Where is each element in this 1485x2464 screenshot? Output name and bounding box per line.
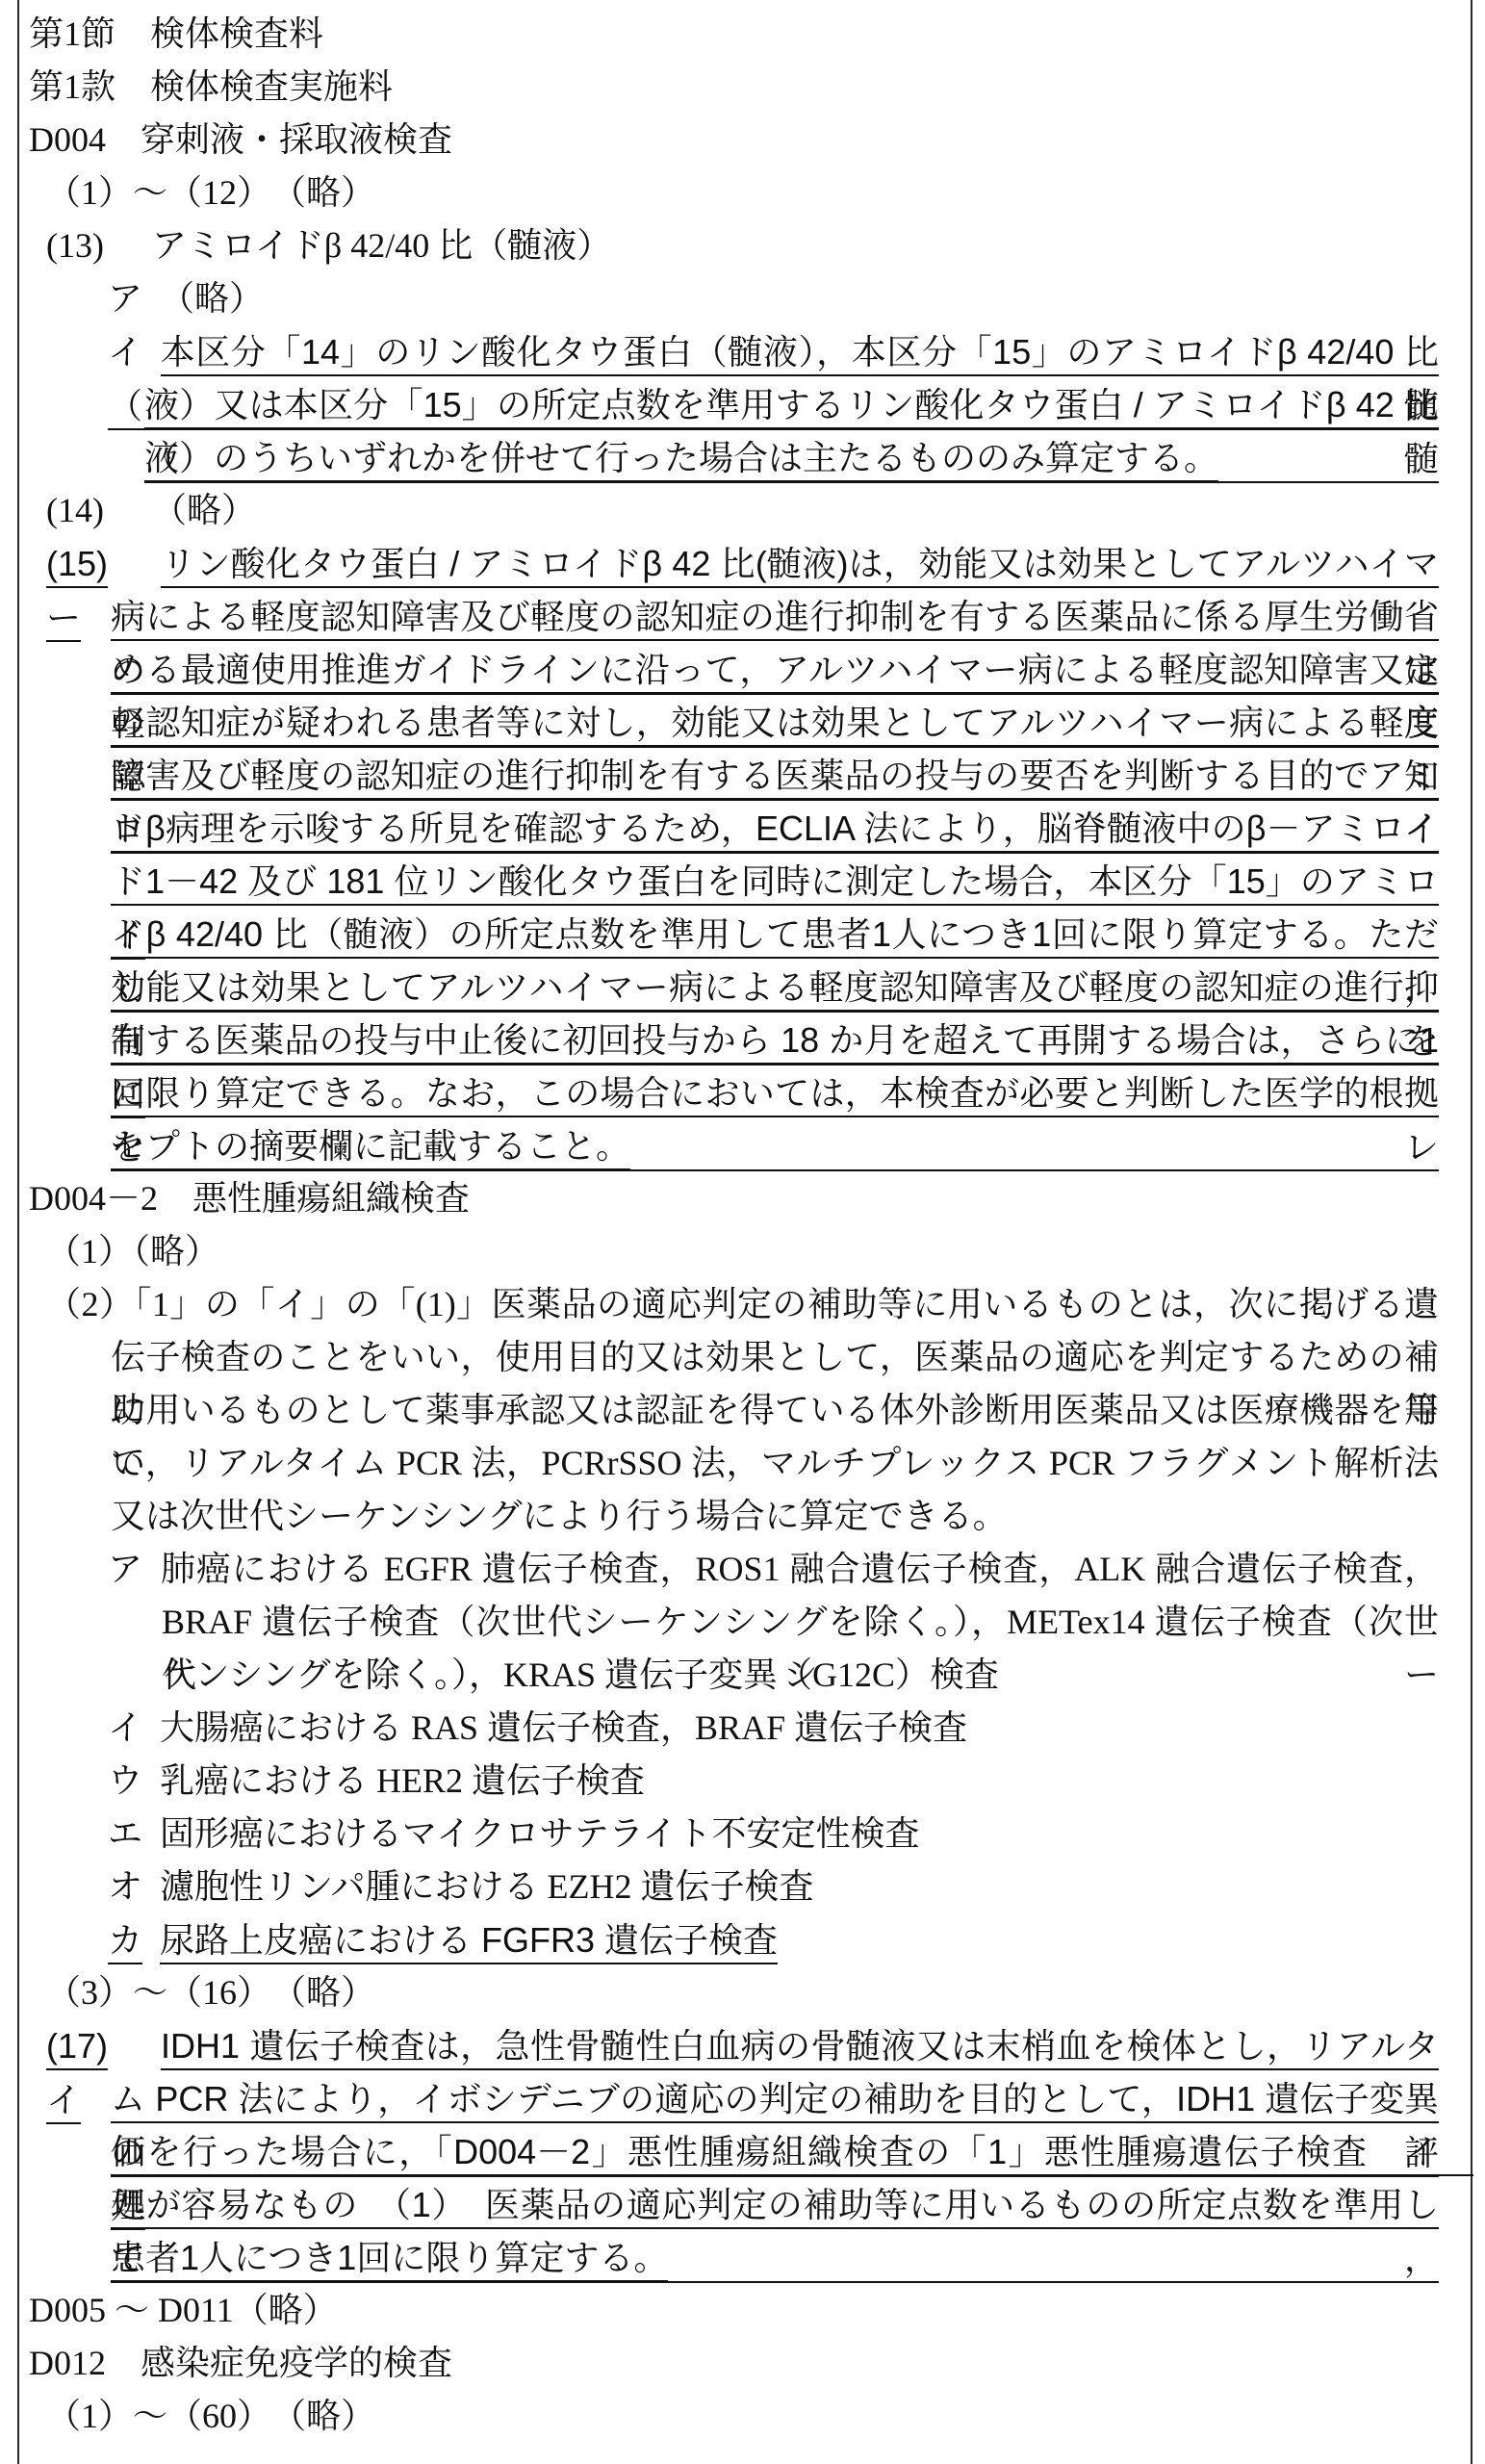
text-line: 効能又は効果としてアルツハイマー病による軽度認知障害及び軽度の認知症の進行抑制を [111,961,1439,1014]
text-line: 液）又は本区分「15」の所定点数を準用するリン酸化タウ蛋白 / アミロイドβ 4… [144,378,1439,431]
text-segment: アミロイドβ 42/40 比（髄液） [152,226,611,265]
text-line: (15)リン酸化タウ蛋白 / アミロイドβ 42 比(髄液)は，効能又は効果とし… [46,537,1439,590]
text-line: の認知症が疑われる患者等に対し，効能又は効果としてアルツハイマー病による軽度認知 [111,696,1439,749]
text-line: ア（略） [108,272,1439,325]
document-text-column: 第1節 検体検査料第1款 検体検査実施料D004 穿刺液・採取液検査（1）～（1… [0,8,1485,2443]
text-segment: イ [108,333,143,372]
text-segment: ア [108,279,142,318]
text-line: オ濾胞性リンパ腫における EZH2 遺伝子検査 [108,1861,1439,1913]
text-line: イ大腸癌における RAS 遺伝子検査，BRAF 遺伝子検査 [108,1702,1439,1755]
text-segment: 肺癌における EGFR 遺伝子検査，ROS1 融合遺伝子検査，ALK 融合遺伝子… [161,1550,1439,1588]
text-segment: エ [108,1814,142,1853]
text-segment: ア [108,1550,143,1588]
revised-text-segment: (17) [46,2026,108,2070]
text-segment: （略） [152,491,256,529]
text-segment: D005 ～ D011（略） [29,2291,338,2329]
text-segment: (14) [46,491,104,529]
revised-text-segment: 患者1人につき1回に限り算定する。 [111,2238,668,2282]
text-segment: て，リアルタイム PCR 法，PCRrSSO 法，マルチプレックス PCR フラ… [111,1444,1439,1482]
text-segment: 固形癌におけるマイクロサテライト不安定性検査 [160,1814,919,1853]
item-d004-heading: D004 穿刺液・採取液検査 [29,114,1439,167]
text-segment: イ [108,1708,142,1747]
text-line: ドβ病理を示唆する所見を確認するため，ECLIA 法により，脳脊髄液中のβ－アミ… [111,802,1439,855]
text-segment: 濾胞性リンパ腫における EZH2 遺伝子検査 [160,1867,813,1906]
text-segment: D004 穿刺液・採取液検査 [29,120,452,159]
text-line: ア肺癌における EGFR 遺伝子検査，ROS1 融合遺伝子検査，ALK 融合遺伝… [108,1543,1439,1596]
text-line: 障害及び軽度の認知症の進行抑制を有する医薬品の投与の要否を判断する目的でアミロイ [111,749,1439,802]
text-line: ド1－42 及び 181 位リン酸化タウ蛋白を同時に測定した場合，本区分「15」… [111,855,1439,908]
text-line: イ本区分「14」のリン酸化タウ蛋白（髄液），本区分「15」のアミロイドβ 42/… [108,325,1439,378]
text-line: (17)IDH1 遺伝子検査は，急性骨髄性白血病の骨髄液又は末梢血を検体とし，リ… [46,2019,1439,2072]
item-d004-2-heading: D004－2 悪性腫瘍組織検査 [29,1172,1439,1225]
text-line: （2）「1」の「イ」の「(1)」医薬品の適応判定の補助等に用いるものとは，次に掲… [46,1278,1439,1331]
text-segment: （1）～（60） （略） [46,2397,375,2435]
text-segment: D012 感染症免疫学的検査 [29,2344,452,2382]
text-segment: （3）～（16） （略） [46,1973,375,2012]
text-line: エ固形癌におけるマイクロサテライト不安定性検査 [108,1808,1439,1861]
revised-text-segment: 液）のうちいずれかを併せて行った場合は主たるもののみ算定する。 [144,438,1218,482]
text-segment: （1）（略） [46,1232,219,1270]
text-line: める最適使用推進ガイドラインに沿って，アルツハイマー病による軽度認知障害又は軽度 [111,643,1439,696]
text-line: カ尿路上皮癌における FGFR3 遺伝子検査 [108,1913,1439,1966]
text-line: 病による軽度認知障害及び軽度の認知症の進行抑制を有する医薬品に係る厚生労働省の定 [111,590,1439,643]
text-segment: 第1款 検体検査実施料 [29,67,393,106]
text-segment: 第1節 検体検査料 [29,14,323,53]
text-line: ム PCR 法により，イボシデニブの適応の判定の補助を目的として，IDH1 遺伝… [111,2072,1439,2125]
text-line: 価を行った場合に，「D004－2」悪性腫瘍組織検査の「1」悪性腫瘍遺伝子検査 イ… [111,2125,1439,2178]
section-heading: 第1節 検体検査料 [29,8,1439,61]
text-line: BRAF 遺伝子検査（次世代シーケンシングを除く。），METex14 遺伝子検査… [162,1596,1439,1649]
text-line: （3）～（16） （略） [46,1966,1439,2019]
text-line: 伝子検査のことをいい，使用目的又は効果として，医薬品の適応を判定するための補助等 [111,1331,1439,1384]
text-segment: ケンシングを除く。），KRAS 遺伝子変異（G12C）検査 [162,1655,999,1694]
document-page: 第1節 検体検査料第1款 検体検査実施料D004 穿刺液・採取液検査（1）～（1… [0,0,1485,2464]
subsection-heading: 第1款 検体検査実施料 [29,61,1439,114]
text-segment: D004－2 悪性腫瘍組織検査 [29,1179,470,1218]
text-segment: 乳癌における HER2 遺伝子検査 [160,1761,645,1800]
text-segment: (13) [46,226,104,265]
text-segment: オ [108,1867,142,1906]
text-segment: （1）～（12） （略） [46,173,375,212]
revised-text-segment: 尿路上皮癌における FGFR3 遺伝子検査 [160,1920,778,1964]
text-line: ドβ 42/40 比（髄液）の所定点数を準用して患者1人につき1回に限り算定する… [111,908,1439,961]
text-line: 理が容易なもの （1） 医薬品の適応判定の補助等に用いるものの所定点数を準用して… [111,2178,1439,2231]
revised-text-segment: ドβ病理を示唆する所見を確認するため，ECLIA 法により，脳脊髄液中のβ－アミ… [111,808,1439,853]
text-line: ウ乳癌における HER2 遺伝子検査 [108,1755,1439,1808]
item-d005-d011: D005 ～ D011（略） [29,2284,1439,2337]
item-d012-heading: D012 感染症免疫学的検査 [29,2337,1439,2390]
text-line: （1）～（12） （略） [46,167,1439,219]
text-line: て，リアルタイム PCR 法，PCRrSSO 法，マルチプレックス PCR フラ… [111,1437,1439,1490]
revised-text-segment: (15) [46,544,108,588]
text-line: (13)アミロイドβ 42/40 比（髄液） [46,219,1439,272]
text-line: 又は次世代シーケンシングにより行う場合に算定できる。 [111,1490,1439,1543]
text-line: (14)（略） [46,484,1439,537]
text-segment: （2）「1」の「イ」の「(1)」医薬品の適応判定の補助等に用いるものとは，次に掲… [46,1285,1439,1323]
revised-text-segment: セプトの摘要欄に記載すること。 [111,1126,630,1170]
text-segment: （略） [160,279,264,318]
text-segment: ウ [108,1761,142,1800]
text-line: に限り算定できる。なお，この場合においては，本検査が必要と判断した医学的根拠をレ [111,1066,1439,1119]
text-line: （1）（略） [46,1225,1439,1278]
text-segment: 又は次世代シーケンシングにより行う場合に算定できる。 [111,1497,1008,1535]
revised-text-segment: カ [108,1920,142,1964]
text-line: （1）～（60） （略） [46,2390,1439,2443]
text-segment: 大腸癌における RAS 遺伝子検査，BRAF 遺伝子検査 [160,1708,967,1747]
text-line: 有する医薬品の投与中止後に初回投与から 18 か月を超えて再開する場合は，さらに… [111,1014,1439,1066]
text-line: に用いるものとして薬事承認又は認証を得ている体外診断用医薬品又は医療機器を用い [111,1384,1439,1437]
